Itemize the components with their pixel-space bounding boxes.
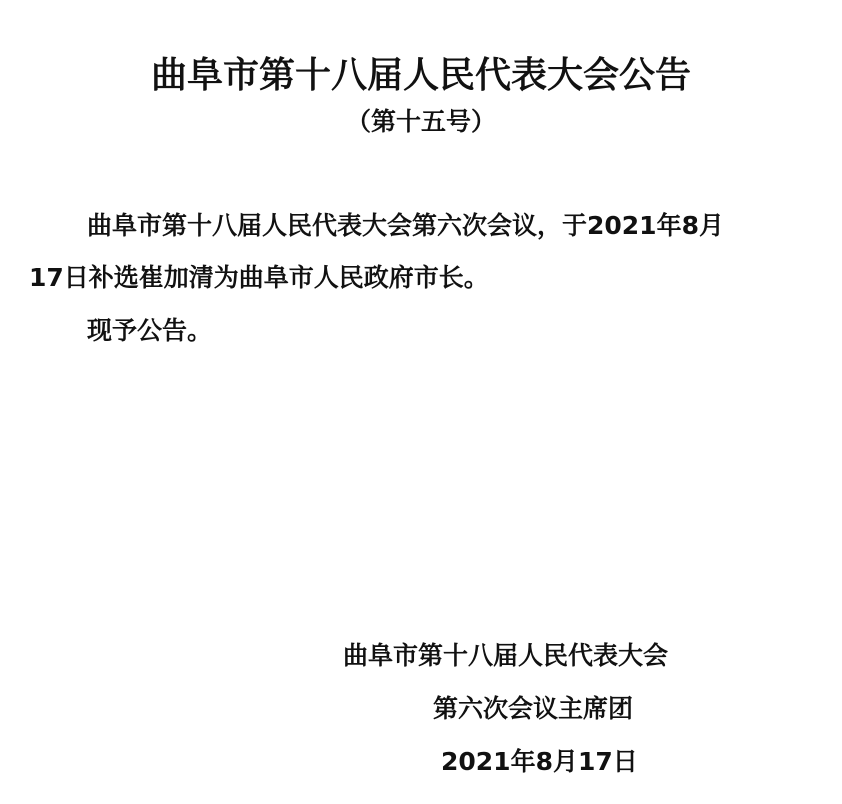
announcement-number: （第十五号） [0,104,842,140]
body-paragraph-line-2: 17日补选崔加清为曲阜市人民政府市长。 [29,260,489,296]
signature-issuer: 曲阜市第十八届人民代表大会 [343,638,668,674]
document-title: 曲阜市第十八届人民代表大会公告 [0,52,842,100]
signature-date: 2021年8月17日 [441,744,638,780]
body-closing-line: 现予公告。 [87,313,212,349]
body-paragraph-line-1: 曲阜市第十八届人民代表大会第六次会议，于2021年8月 [87,208,724,244]
signature-presidium: 第六次会议主席团 [433,691,633,727]
